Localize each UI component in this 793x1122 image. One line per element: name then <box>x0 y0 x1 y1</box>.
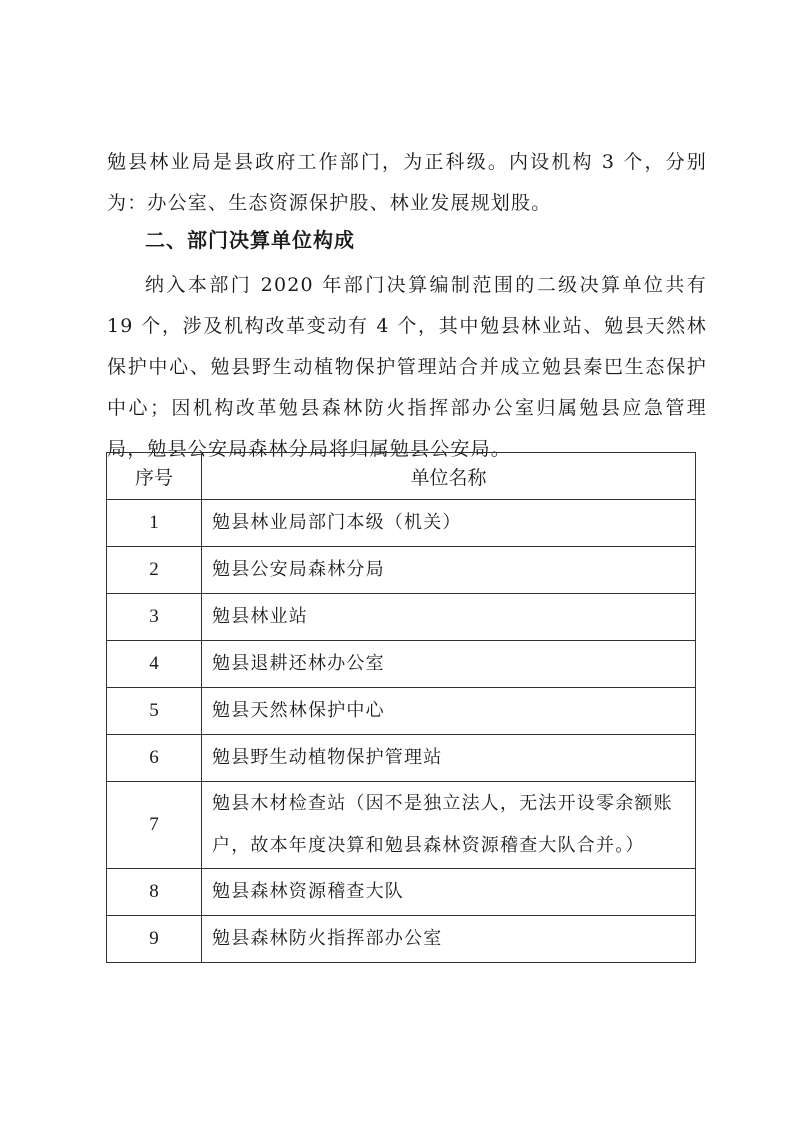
row-number: 2 <box>107 547 202 594</box>
table-row: 2 勉县公安局森林分局 <box>107 547 696 594</box>
row-number: 7 <box>107 782 202 869</box>
row-number: 5 <box>107 688 202 735</box>
units-table: 序号 单位名称 1 勉县林业局部门本级（机关） 2 勉县公安局森林分局 3 勉县… <box>106 452 696 963</box>
section-heading: 二、部门决算单位构成 <box>145 224 355 253</box>
row-number: 9 <box>107 916 202 963</box>
table-row: 7 勉县木材检查站（因不是独立法人，无法开设零余额账户，故本年度决算和勉县森林资… <box>107 782 696 869</box>
row-number: 1 <box>107 500 202 547</box>
unit-name: 勉县公安局森林分局 <box>202 547 696 594</box>
table-row: 3 勉县林业站 <box>107 594 696 641</box>
units-paragraph: 纳入本部门 2020 年部门决算编制范围的二级决算单位共有 19 个，涉及机构改… <box>107 265 707 470</box>
table-row: 9 勉县森林防火指挥部办公室 <box>107 916 696 963</box>
row-number: 6 <box>107 735 202 782</box>
unit-name: 勉县木材检查站（因不是独立法人，无法开设零余额账户，故本年度决算和勉县森林资源稽… <box>202 782 696 869</box>
unit-name: 勉县天然林保护中心 <box>202 688 696 735</box>
unit-name: 勉县退耕还林办公室 <box>202 641 696 688</box>
table-row: 1 勉县林业局部门本级（机关） <box>107 500 696 547</box>
unit-name: 勉县野生动植物保护管理站 <box>202 735 696 782</box>
unit-name: 勉县森林资源稽查大队 <box>202 869 696 916</box>
row-number: 4 <box>107 641 202 688</box>
row-number: 3 <box>107 594 202 641</box>
table-header-row: 序号 单位名称 <box>107 453 696 500</box>
table-row: 5 勉县天然林保护中心 <box>107 688 696 735</box>
table-row: 4 勉县退耕还林办公室 <box>107 641 696 688</box>
unit-name: 勉县林业站 <box>202 594 696 641</box>
intro-paragraph: 勉县林业局是县政府工作部门，为正科级。内设机构 3 个，分别为：办公室、生态资源… <box>107 142 707 224</box>
unit-name: 勉县林业局部门本级（机关） <box>202 500 696 547</box>
row-number: 8 <box>107 869 202 916</box>
table-row: 8 勉县森林资源稽查大队 <box>107 869 696 916</box>
unit-name: 勉县森林防火指挥部办公室 <box>202 916 696 963</box>
header-unit-name: 单位名称 <box>202 453 696 500</box>
table-row: 6 勉县野生动植物保护管理站 <box>107 735 696 782</box>
header-number: 序号 <box>107 453 202 500</box>
